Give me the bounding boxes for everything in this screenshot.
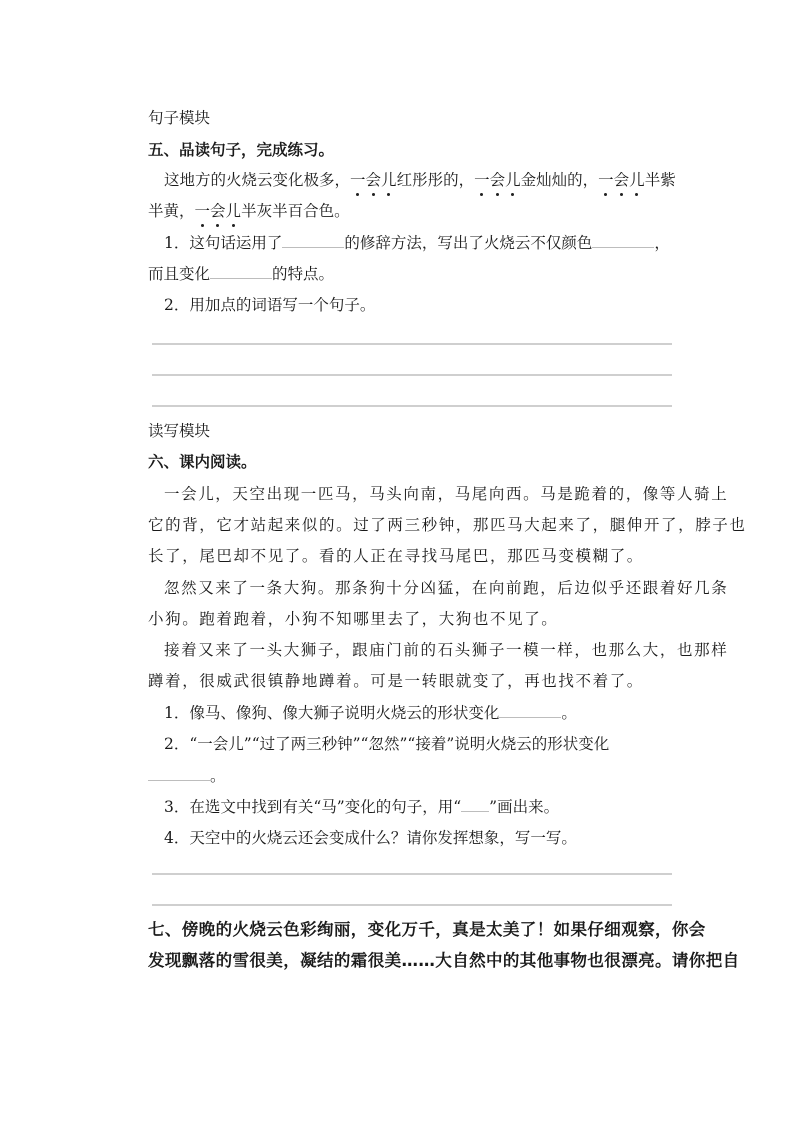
reading-passage-line: 它的背，它才站起来似的。过了两三秒钟，那匹马大起来了，腿伸开了，脖子也 [148,515,678,535]
reading-passage-line: 一会儿，天空出现一匹马，马头向南，马尾向西。马是跪着的，像等人骑上 [148,484,694,504]
section6-q4: 4．天空中的火烧云还会变成什么？请你发挥想象，写一写。 [148,828,694,848]
section6-q1: 1．像马、像狗、像大狮子说明火烧云的形状变化。 [148,703,694,723]
question-text: 1．像马、像狗、像大狮子说明火烧云的形状变化 [164,704,499,722]
answer-line-5[interactable] [152,904,672,906]
question-text: 而且变化 [148,265,210,283]
question-text: 。 [210,767,226,785]
answer-blank-color[interactable] [592,233,654,248]
passage-text: 半紫 [645,171,676,189]
reading-passage-line: 忽然又来了一条大狗。那条狗十分凶猛，在向前跑，后边似乎还跟着好几条 [148,578,694,598]
question-text: ， [654,234,670,252]
section5-passage-line2: 半黄，一会儿半灰半百合色。 [148,201,678,221]
section6-q3: 3．在选文中找到有关“马”变化的句子，用“”画出来。 [148,797,694,817]
module-title-reading-writing: 读写模块 [148,421,678,441]
answer-line-2[interactable] [152,374,672,376]
passage-text: 半灰半百合色。 [241,202,350,220]
section7-line1: 七、傍晚的火烧云色彩绚丽，变化万千，真是太美了！如果仔细观察，你会 [148,920,688,940]
question-text: 。 [561,704,577,722]
answer-blank-rhetoric[interactable] [282,233,344,248]
answer-line-3[interactable] [152,405,672,407]
reading-passage-line: 蹲着，很威武很镇静地蹲着。可是一转眼就变了，再也找不着了。 [148,671,678,691]
answer-blank-change[interactable] [210,264,272,279]
underline-sample [461,797,489,812]
answer-blank-shape[interactable] [499,703,561,718]
answer-line-4[interactable] [152,873,672,875]
section5-q1-line2: 而且变化的特点。 [148,264,678,284]
question-text: 的特点。 [272,265,334,283]
module-title-sentence: 句子模块 [148,108,678,128]
section7-line2: 发现飘落的雪很美，凝结的霜很美……大自然中的其他事物也很漂亮。请你把自 [148,951,688,971]
passage-text: 半黄， [148,202,195,220]
passage-text: 红彤彤的， [397,171,475,189]
question-text: 3．在选文中找到有关“马”变化的句子，用“ [164,798,461,816]
question-text: ”画出来。 [489,798,559,816]
dotted-word-2: 一会儿 [474,171,521,189]
reading-passage-line: 小狗。跑着跑着，小狗不知哪里去了，大狗也不见了。 [148,609,678,629]
section5-q2: 2．用加点的词语写一个句子。 [148,295,694,315]
reading-passage-line: 接着又来了一头大狮子，跟庙门前的石头狮子一模一样，也那么大，也那样 [148,640,694,660]
section5-passage-line1: 这地方的火烧云变化极多，一会儿红彤彤的，一会儿金灿灿的，一会儿半紫 [148,170,678,190]
section6-heading: 六、课内阅读。 [148,452,678,472]
dotted-word-1: 一会儿 [350,171,397,189]
answer-line-1[interactable] [152,343,672,345]
section5-heading: 五、品读句子，完成练习。 [148,140,678,160]
answer-blank-speed[interactable] [148,766,210,781]
question-text: 的修辞方法，写出了火烧云不仅颜色 [344,234,592,252]
section6-q2-cont: 。 [148,766,678,786]
dotted-word-4: 一会儿 [195,202,242,220]
question-text: 1．这句话运用了 [164,234,282,252]
passage-text: 这地方的火烧云变化极多， [164,171,350,189]
passage-text: 金灿灿的， [521,171,599,189]
section6-q2: 2．“一会儿”“过了两三秒钟”“忽然”“接着”说明火烧云的形状变化 [148,734,694,754]
reading-passage-line: 长了，尾巴却不见了。看的人正在寻找马尾巴，那匹马变模糊了。 [148,546,678,566]
section5-q1-line1: 1．这句话运用了的修辞方法，写出了火烧云不仅颜色， [148,233,694,253]
document-page: 句子模块 五、品读句子，完成练习。 这地方的火烧云变化极多，一会儿红彤彤的，一会… [0,0,793,1122]
dotted-word-3: 一会儿 [598,171,645,189]
